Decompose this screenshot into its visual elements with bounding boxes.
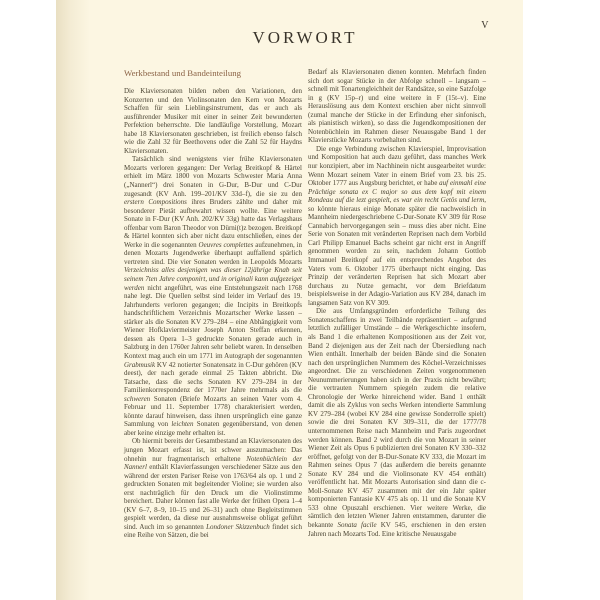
section-heading: Werkbestand und Bandeinteilung bbox=[124, 68, 302, 78]
italic-text-run: erstern Compositions bbox=[124, 198, 187, 206]
page-title: VORWORT bbox=[124, 28, 486, 48]
screenshot-canvas: V VORWORT Werkbestand und Bandeinteilung… bbox=[0, 0, 600, 600]
column-left: Werkbestand und Bandeinteilung Die Klavi… bbox=[124, 68, 302, 540]
text-run: Tatsächlich sind wenigstens vier frühe K… bbox=[124, 155, 302, 197]
italic-text-run: Oeuvres complettes bbox=[199, 241, 254, 249]
paragraph: Ob hiermit bereits der Gesamtbestand an … bbox=[124, 437, 302, 540]
text-run: Die aus Umfangsgründen erforderliche Tei… bbox=[308, 307, 486, 529]
paragraph: Bedarf als Klaviersonaten dienen konnten… bbox=[308, 68, 486, 145]
italic-text-run: leichten bbox=[171, 420, 193, 428]
text-run: Die Klaviersonaten bilden neben den Vari… bbox=[124, 87, 302, 155]
scanned-book-page: V VORWORT Werkbestand und Bandeinteilung… bbox=[56, 0, 523, 600]
paragraph: Die enge Verbindung zwischen Klavierspie… bbox=[308, 145, 486, 307]
paragraph: Die Klaviersonaten bilden neben den Vari… bbox=[124, 87, 302, 155]
italic-text-run: Grabmusik bbox=[124, 361, 155, 369]
paragraph: Tatsächlich sind wenigstens vier frühe K… bbox=[124, 155, 302, 437]
italic-text-run: schweren bbox=[124, 395, 150, 403]
text-run: Bedarf als Klaviersonaten dienen konnten… bbox=[308, 68, 486, 144]
text-run: , so könnte hieraus einige Monate später… bbox=[308, 196, 486, 307]
text-columns: Werkbestand und Bandeinteilung Die Klavi… bbox=[124, 68, 486, 540]
page-gutter-shadow bbox=[56, 0, 90, 600]
text-run: nicht angeführt, was eine Entstehungszei… bbox=[124, 284, 302, 360]
italic-text-run: Sonata facile bbox=[337, 521, 376, 529]
italic-text-run: Londoner Skizzenbuch bbox=[206, 523, 270, 531]
column-right: Bedarf als Klaviersonaten dienen konnten… bbox=[308, 68, 486, 540]
paragraph: Die aus Umfangsgründen erforderliche Tei… bbox=[308, 307, 486, 538]
text-run: enthält Klavierfassungen verschiedener S… bbox=[124, 463, 302, 531]
